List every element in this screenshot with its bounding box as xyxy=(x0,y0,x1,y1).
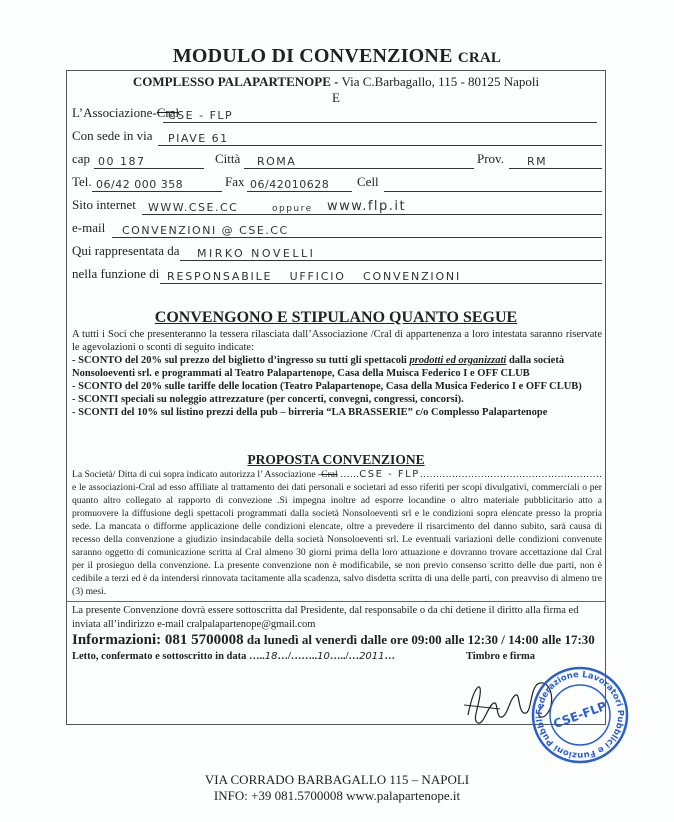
document-title: MODULO DI CONVENZIONE CRAL xyxy=(0,45,674,68)
prov-value[interactable]: RM xyxy=(527,155,547,168)
sito-connector: oppure xyxy=(272,204,313,214)
field-tel-row: Tel. 06/42 000 358 Fax 06/42010628 Cell xyxy=(72,174,602,192)
label: e-mail xyxy=(72,220,105,235)
date-month[interactable]: 10 xyxy=(317,651,330,662)
proposal-body: e le associazioni-Cral ad esso affiliate… xyxy=(72,481,602,598)
title-main: MODULO DI CONVENZIONE xyxy=(173,45,453,67)
sign-note: La presente Convenzione dovrà essere sot… xyxy=(72,604,602,632)
label: Prov. xyxy=(477,151,504,167)
field-associazione[interactable]: L’Associazione-Cral CSE - FLP xyxy=(72,105,597,123)
label: Fax xyxy=(225,174,245,190)
stamp-center-text: CSE-FLP xyxy=(552,699,609,731)
underline xyxy=(384,191,602,192)
letto-line: Letto, confermato e sottoscritto in data… xyxy=(72,651,395,662)
associazione-value: CSE - FLP xyxy=(168,109,233,122)
footer-info: INFO: +39 081.5700008 www.palapartenope.… xyxy=(0,788,674,804)
label: Cell xyxy=(357,174,379,190)
underline xyxy=(158,145,602,146)
company-address: Via C.Barbagallo, 115 - 80125 Napoli xyxy=(341,74,539,89)
discount-item: Nonsoloeventi srl. e programmati al Teat… xyxy=(72,367,604,380)
footer: VIA CORRADO BARBAGALLO 115 – NAPOLI INFO… xyxy=(0,772,674,804)
agreement-title: CONVENGONO E STIPULANO QUANTO SEGUE xyxy=(67,309,605,327)
timbro-label: Timbro e firma xyxy=(466,651,535,662)
proposal-assoc-value: CSE - FLP xyxy=(359,469,419,480)
underline xyxy=(160,283,602,284)
info-hours: da lunedì al venerdì dalle ore 09:00 all… xyxy=(244,632,595,647)
label: nella funzione di xyxy=(72,266,159,281)
discount-item: - SCONTO del 20% sulle tariffe delle loc… xyxy=(72,380,604,393)
field-funzione[interactable]: nella funzione di RESPONSABILE UFFICIO C… xyxy=(72,266,602,284)
label: Letto, confermato e sottoscritto in data xyxy=(72,651,249,662)
underline xyxy=(163,122,597,123)
discount-item: - SCONTO del 20% sul prezzo del bigliett… xyxy=(72,354,604,367)
underline xyxy=(509,168,602,169)
underline xyxy=(244,168,474,169)
stamp-icon: Federazione Lavoratori Pubblici e Funzio… xyxy=(530,665,630,765)
info-phone: Informazioni: 081 5700008 xyxy=(72,632,244,648)
citta-value[interactable]: ROMA xyxy=(257,155,296,168)
text: La Società/ Ditta di cui sopra indicato … xyxy=(72,469,321,480)
label: cap xyxy=(72,151,90,166)
underline xyxy=(112,237,602,238)
rappresentata-value: MIRKO NOVELLI xyxy=(197,247,315,260)
label: L’Associazione- xyxy=(72,105,157,120)
funzione-value: RESPONSABILE UFFICIO CONVENZIONI xyxy=(167,270,461,283)
underline xyxy=(180,260,602,261)
dots: …………………………………………………………………………………………… xyxy=(420,469,602,480)
underline xyxy=(142,214,602,215)
label: Città xyxy=(215,151,240,167)
label: Con sede in via xyxy=(72,128,153,143)
email-value: convenzioni @ cse.cc xyxy=(122,224,289,237)
and-separator: E xyxy=(67,90,605,106)
header-company-line: COMPLESSO PALAPARTENOPE - Via C.Barbagal… xyxy=(67,74,605,90)
company-name: COMPLESSO PALAPARTENOPE - xyxy=(133,74,339,89)
label: Qui rappresentata da xyxy=(72,243,180,258)
title-suffix: CRAL xyxy=(458,50,501,66)
field-email[interactable]: e-mail convenzioni @ cse.cc xyxy=(72,220,602,238)
underline xyxy=(92,191,222,192)
field-cap-row: cap 00 187 Città ROMA Prov. RM xyxy=(72,151,602,169)
label: Sito internet xyxy=(72,197,136,212)
proposal-first-line: La Società/ Ditta di cui sopra indicato … xyxy=(72,468,602,481)
agreement-intro: A tutti i Soci che presenteranno la tess… xyxy=(72,328,602,354)
date-year[interactable]: 2011 xyxy=(359,651,384,662)
info-line: Informazioni: 081 5700008 da lunedì al v… xyxy=(72,632,595,649)
emphasis: prodotti ed organizzati xyxy=(409,355,506,366)
underline xyxy=(247,191,352,192)
field-sito[interactable]: Sito internet www.cse.cc oppure www.flp.… xyxy=(72,197,602,215)
divider xyxy=(67,601,605,602)
label: Tel. xyxy=(72,174,92,189)
sede-value: PIAVE 61 xyxy=(168,132,229,145)
fax-value[interactable]: 06/42010628 xyxy=(250,178,329,191)
dots: …… xyxy=(338,469,360,480)
footer-address: VIA CORRADO BARBAGALLO 115 – NAPOLI xyxy=(0,772,674,788)
sito-value2: www.flp.it xyxy=(327,199,406,214)
underline xyxy=(94,168,204,169)
discount-item: - SCONTI del 10% sul listino prezzi dell… xyxy=(72,406,604,419)
date-day[interactable]: 18 xyxy=(265,651,278,662)
tel-value[interactable]: 06/42 000 358 xyxy=(96,178,183,191)
struck-text: Cral xyxy=(321,469,338,480)
discount-item: - SCONTI speciali su noleggio attrezzatu… xyxy=(72,393,604,406)
proposal-title: PROPOSTA CONVENZIONE xyxy=(67,452,605,468)
field-rappresentata[interactable]: Qui rappresentata da MIRKO NOVELLI xyxy=(72,243,602,261)
form-box: COMPLESSO PALAPARTENOPE - Via C.Barbagal… xyxy=(66,70,606,725)
discount-list: - SCONTO del 20% sul prezzo del bigliett… xyxy=(72,354,604,419)
cap-value[interactable]: 00 187 xyxy=(98,155,146,168)
sito-value: www.cse.cc xyxy=(148,201,238,214)
field-sede[interactable]: Con sede in via PIAVE 61 xyxy=(72,128,602,146)
